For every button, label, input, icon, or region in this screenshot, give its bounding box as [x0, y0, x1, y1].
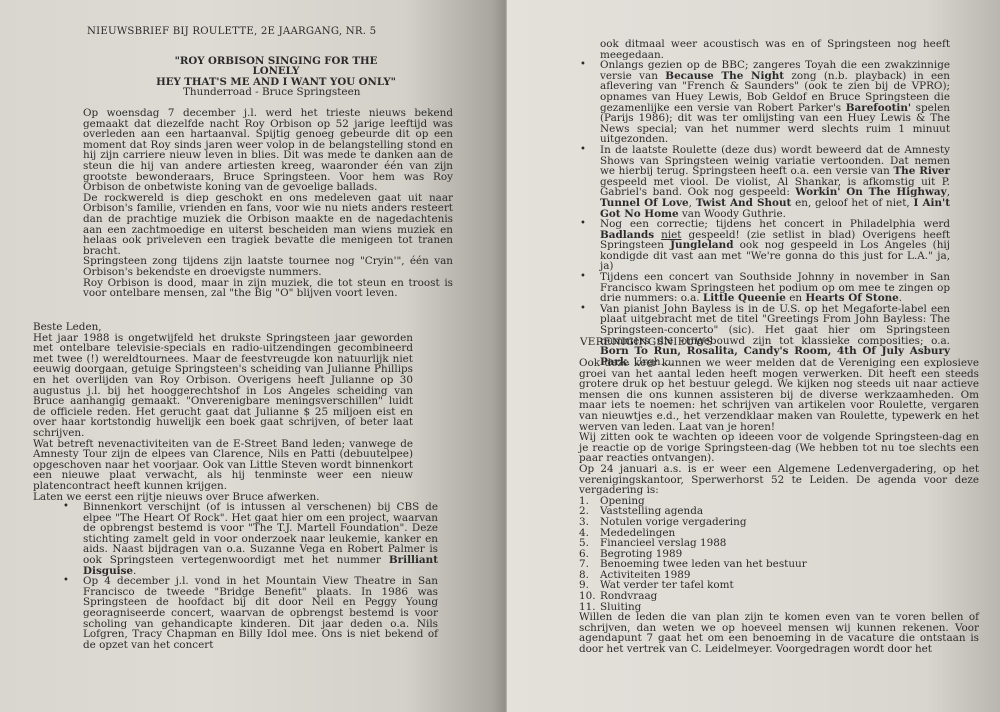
orbison-paragraph: Springsteen zong tijdens zijn laatste to… — [83, 256, 453, 277]
agenda-label: Notulen vorige vergadering — [600, 517, 746, 528]
news-item: Tijdens een concert van Southside Johnny… — [580, 272, 950, 304]
news-item: Nog een correctie; tijdens het concert i… — [580, 219, 950, 272]
letter-paragraph: Het jaar 1988 is ongetwijfeld het drukst… — [33, 333, 413, 439]
association-news: Ook deze keer kunnen we weer melden dat … — [579, 358, 979, 655]
news-item: Op 4 december j.l. vond in het Mountain … — [63, 576, 438, 650]
news-list-right: ook ditmaal weer acoustisch was en of Sp… — [580, 39, 950, 367]
quote-credit: Thunderroad - Bruce Springsteen — [183, 86, 360, 98]
newsletter-masthead: NIEUWSBRIEF BIJ ROULETTE, 2E JAARGANG, N… — [87, 27, 376, 38]
text-run: en, geloof het of niet, — [791, 197, 913, 209]
assoc-paragraph: Ook deze keer kunnen we weer melden dat … — [579, 358, 979, 432]
lyric-quote: "ROY ORBISON SINGING FOR THE LONELY HEY … — [156, 56, 396, 87]
orbison-article: Op woensdag 7 december j.l. werd het tri… — [83, 108, 453, 299]
assoc-paragraph: Op 24 januari a.s. is er weer een Algeme… — [579, 464, 979, 496]
agenda-number: 3. — [579, 517, 600, 528]
news-item: In de laatste Roulette (deze dus) wordt … — [580, 145, 950, 219]
letter-greeting: Beste Leden, — [33, 322, 413, 333]
left-page: NIEUWSBRIEF BIJ ROULETTE, 2E JAARGANG, N… — [0, 0, 507, 712]
news-item: Binnenkort verschijnt (of is intussen al… — [63, 502, 438, 576]
orbison-paragraph: Roy Orbison is dood, maar in zijn muziek… — [83, 278, 453, 299]
news-item-continuation: ook ditmaal weer acoustisch was en of Sp… — [580, 39, 950, 60]
agenda-item: 3.Notulen vorige vergadering — [579, 517, 979, 528]
assoc-paragraph: Wij zitten ook te wachten op ideeen voor… — [579, 432, 979, 464]
section-heading-verenigingsnieuws: VERENIGINGSNIEUWS — [580, 336, 713, 348]
orbison-paragraph: De rockwereld is diep geschokt en ons me… — [83, 193, 453, 257]
news-item: Onlangs gezien op de BBC; zangeres Toyah… — [580, 60, 950, 145]
letter-paragraph: Wat betreft nevenactiviteiten van de E-S… — [33, 439, 413, 492]
meeting-agenda: 1.Opening2.Vaststelling agenda3.Notulen … — [579, 496, 979, 613]
news-list-left: Binnenkort verschijnt (of is intussen al… — [63, 502, 438, 650]
closing-paragraph: Willen de leden die van plan zijn te kom… — [579, 612, 979, 654]
quote-line-1: "ROY ORBISON SINGING FOR THE LONELY — [156, 56, 396, 77]
newsletter-spread: NIEUWSBRIEF BIJ ROULETTE, 2E JAARGANG, N… — [0, 0, 1000, 712]
orbison-paragraph: Op woensdag 7 december j.l. werd het tri… — [83, 108, 453, 193]
members-letter: Beste Leden, Het jaar 1988 is ongetwijfe… — [33, 322, 413, 502]
